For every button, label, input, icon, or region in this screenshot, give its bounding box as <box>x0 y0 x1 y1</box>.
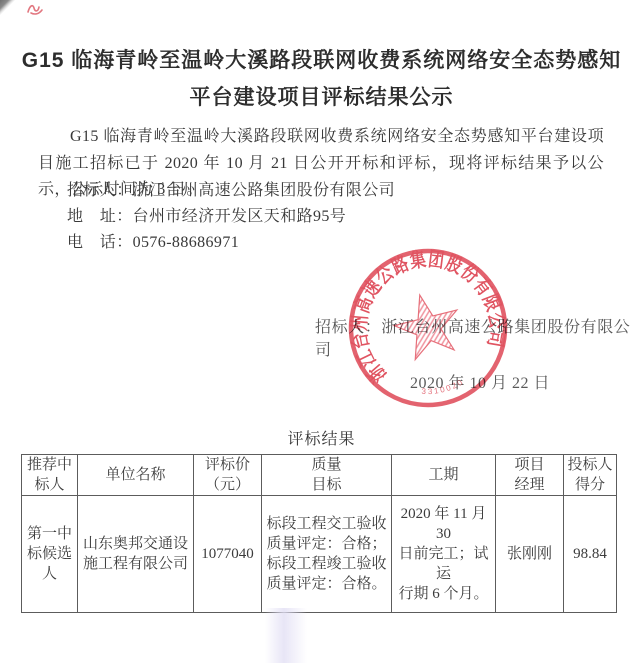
header-recommended-winner: 推荐中 标人 <box>22 455 78 496</box>
header-duration: 工期 <box>392 455 496 496</box>
bid-evaluation-results-table: 推荐中 标人 单位名称 评标价 （元） 质量 目标 工期 项目 经理 投标人 得… <box>21 454 617 613</box>
tenderer-name-line: 招标人：浙江台州高速公路集团股份有限公司 <box>67 178 395 204</box>
header-bidder-score: 投标人 得分 <box>564 455 617 496</box>
cell-bidder-score: 98.84 <box>564 496 617 613</box>
red-ink-mark <box>26 2 44 16</box>
scan-streak-artifact <box>265 608 307 663</box>
seal-star-icon <box>388 287 466 362</box>
tenderer-address-line: 地 址：台州市经济开发区天和路95号 <box>67 204 395 230</box>
scanned-document-page: G15 临海青岭至温岭大溪路段联网收费系统网络安全态势感知 平台建设项目评标结果… <box>0 0 643 663</box>
cell-candidate-rank: 第一中 标候选 人 <box>22 496 78 613</box>
cell-quality-target: 标段工程交工验收 质量评定：合格； 标段工程竣工验收 质量评定：合格。 <box>262 496 392 613</box>
document-title-line2: 平台建设项目评标结果公示 <box>0 79 643 116</box>
document-title-line1: G15 临海青岭至温岭大溪路段联网收费系统网络安全态势感知 <box>0 42 643 79</box>
header-project-manager: 项目 经理 <box>496 455 564 496</box>
cell-project-manager: 张刚刚 <box>496 496 564 613</box>
table-caption: 评标结果 <box>0 426 643 449</box>
table-header-row: 推荐中 标人 单位名称 评标价 （元） 质量 目标 工期 项目 经理 投标人 得… <box>22 455 617 496</box>
header-company-name: 单位名称 <box>78 455 194 496</box>
cell-company-name: 山东奥邦交通设 施工程有限公司 <box>78 496 194 613</box>
cell-duration: 2020 年 11 月 30 日前完工；试运 行期 6 个月。 <box>392 496 496 613</box>
header-evaluated-price: 评标价 （元） <box>194 455 262 496</box>
scan-corner-artifact <box>0 0 20 16</box>
official-red-seal: 浙江台州高速公路集团股份有限公司 3310020 <box>337 237 519 419</box>
table-row: 第一中 标候选 人 山东奥邦交通设 施工程有限公司 1077040 标段工程交工… <box>22 496 617 613</box>
document-title: G15 临海青岭至温岭大溪路段联网收费系统网络安全态势感知 平台建设项目评标结果… <box>0 42 643 116</box>
header-quality-target: 质量 目标 <box>262 455 392 496</box>
cell-evaluated-price: 1077040 <box>194 496 262 613</box>
